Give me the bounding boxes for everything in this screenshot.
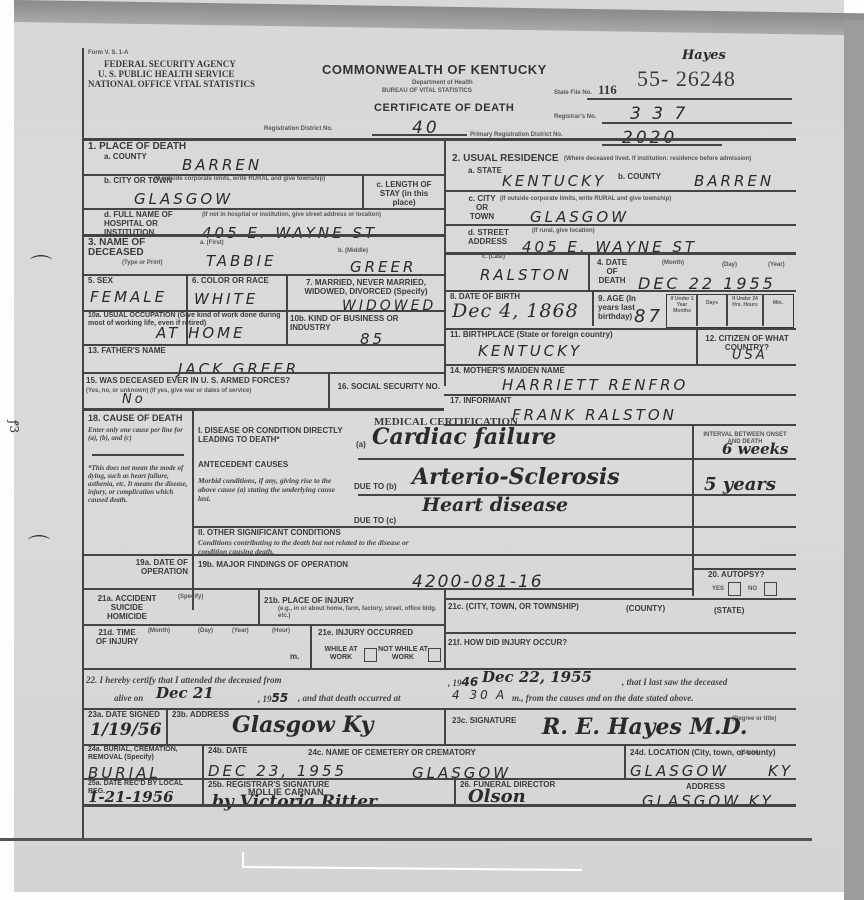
first-name-value: TABBIE <box>206 252 277 270</box>
op-date-label: 19a. DATE OF OPERATION <box>88 558 188 576</box>
due-to-c-label: DUE TO (c) <box>354 516 396 525</box>
place-of-death-heading: 1. PLACE OF DEATH <box>88 142 186 151</box>
rule <box>444 588 446 668</box>
autopsy-yes-label: YES <box>712 586 724 593</box>
age-min-label: Min. <box>766 300 790 307</box>
rule <box>310 624 312 668</box>
rule <box>166 708 168 744</box>
cert-address-value: Glasgow Ky <box>232 712 373 738</box>
rule <box>82 588 692 590</box>
funeral-address-label: ADDRESS <box>686 782 725 791</box>
injury-city-label: 21c. (CITY, TOWN, OR TOWNSHIP) <box>448 602 579 611</box>
rule <box>444 224 796 226</box>
citizen-value: USA <box>732 348 768 363</box>
death-city-value: GLASGOW <box>134 190 233 208</box>
cause-instructions: Enter only one cause per line for (a), (… <box>88 426 188 442</box>
rule <box>358 494 796 496</box>
rule <box>258 588 260 624</box>
form-top-rule <box>82 138 796 141</box>
birthplace-value: KENTUCKY <box>478 342 582 360</box>
registration-district-label: Registration District No. <box>264 126 333 133</box>
how-injury-label: 21f. HOW DID INJURY OCCUR? <box>448 638 567 647</box>
sex-label: 5. SEX <box>88 276 113 285</box>
rule <box>444 632 796 634</box>
certificate-number: 55- 26248 <box>637 74 736 83</box>
autopsy-no-label: NO <box>748 586 757 593</box>
injury-county-label: (COUNTY) <box>626 604 665 613</box>
rule <box>362 174 364 208</box>
age-days-label: Days <box>700 300 724 307</box>
last-name-label: c. (Last) <box>482 254 505 261</box>
autopsy-yes-checkbox[interactable] <box>728 582 741 596</box>
ssn-label: 16. SOCIAL SECURITY NO. <box>334 382 440 391</box>
registrars-no-label: Registrar's No. <box>554 114 596 121</box>
father-label: 13. FATHER'S NAME <box>88 346 166 355</box>
antecedent-note: Morbid conditions, if any, giving rise t… <box>198 476 340 503</box>
location-state-label: (State) <box>740 750 759 757</box>
rule <box>444 190 796 192</box>
rule <box>92 454 184 456</box>
res-street-label: d. STREET ADDRESS <box>468 228 510 246</box>
armed-forces-value: No <box>122 392 146 407</box>
registrar-signature: by Victoria Ritter <box>212 792 377 812</box>
scan-shadow-right <box>844 20 864 900</box>
date-signed-value: 1/19/56 <box>90 720 162 740</box>
due-to-b-label: DUE TO (b) <box>354 482 397 491</box>
rule <box>588 254 590 290</box>
institution-note: (If not in hospital or institution, give… <box>202 212 381 219</box>
cert-line1-post: , that I last saw the deceased <box>622 678 727 687</box>
agency-line: FEDERAL SECURITY AGENCY <box>104 60 236 69</box>
rule <box>444 598 796 600</box>
form-bottom-rule <box>82 804 796 807</box>
rule <box>82 372 444 374</box>
rule <box>328 372 330 408</box>
cert-address-label: 23b. ADDRESS <box>172 710 229 719</box>
place-of-injury-label: 21b. PLACE OF INJURY <box>264 596 354 605</box>
time-hour-label: (Hour) <box>272 628 290 635</box>
informant-value: FRANK RALSTON <box>512 406 677 424</box>
cause-line-b2: Heart disease <box>422 494 568 516</box>
res-state-label: a. STATE <box>468 166 502 175</box>
time-m-label: m. <box>290 652 299 661</box>
usual-residence-heading: 2. USUAL RESIDENCE <box>452 154 559 163</box>
interval-b: 5 years <box>704 474 776 495</box>
not-while-at-work-label: NOT WHILE AT WORK <box>378 646 428 662</box>
last-name-value: RALSTON <box>480 266 572 284</box>
agency-line: U. S. PUBLIC HEALTH SERVICE <box>98 70 234 79</box>
res-city-label: c. CITY OR TOWN <box>468 194 496 221</box>
cause-line-b1: Arterio-Sclerosis <box>412 464 620 490</box>
dob-value: Dec 4, 1868 <box>452 300 579 322</box>
age-hours-label: If Under 24 Hrs. Hours <box>728 296 762 308</box>
cemetery-label: 24c. NAME OF CEMETERY OR CREMATORY <box>308 748 476 757</box>
rule <box>602 144 722 146</box>
death-certificate-form: Form V. S. 1-A FEDERAL SECURITY AGENCY U… <box>82 48 796 838</box>
rule <box>592 290 594 326</box>
state-file-number: 116 <box>598 85 617 94</box>
cause-footnote: *This does not mean the mode of dying, s… <box>88 464 188 504</box>
handwritten-note: Hayes <box>682 48 726 63</box>
date-signed-label: 23a. DATE SIGNED <box>88 710 160 719</box>
rule <box>587 98 792 100</box>
death-ampm: A <box>496 688 507 702</box>
city-note: (If outside corporate limits, write RURA… <box>154 176 325 183</box>
sex-value: FEMALE <box>90 288 167 306</box>
form-number: Form V. S. 1-A <box>88 50 128 57</box>
part1-label: I. DISEASE OR CONDITION DIRECTLY LEADING… <box>198 426 368 444</box>
armed-forces-label: 15. WAS DECEASED EVER IN U. S. ARMED FOR… <box>86 376 290 385</box>
rule <box>602 122 792 124</box>
interval-a: 6 weeks <box>722 440 789 458</box>
length-of-stay-label: c. LENGTH OF STAY (in this place) <box>368 180 440 207</box>
first-name-label: a. (First) <box>200 240 224 247</box>
not-while-at-work-checkbox[interactable] <box>428 648 441 662</box>
alive-year: , 1955 <box>258 694 288 704</box>
attended-to-date: Dec 22, 1955 <box>482 668 592 686</box>
department: Department of Health <box>412 80 473 87</box>
injury-occurred-label: 21e. INJURY OCCURRED <box>318 628 413 637</box>
binder-hole-mark: ⌒ <box>28 530 50 561</box>
race-value: WHITE <box>194 290 258 308</box>
time-year-label: (Year) <box>232 628 249 635</box>
res-street-note: (If rural, give location) <box>532 228 595 235</box>
rule <box>202 744 204 804</box>
rule <box>454 778 456 804</box>
state-title: COMMONWEALTH OF KENTUCKY <box>322 62 547 77</box>
residence-note: (Where deceased lived. If institution: r… <box>564 156 751 163</box>
rule <box>192 410 194 610</box>
cert-line2-mid: , and that death occurred at <box>298 694 401 703</box>
age-months-label: If Under 1 Year Months <box>668 296 696 314</box>
race-label: 6. COLOR OR RACE <box>192 276 269 285</box>
county-label: a. COUNTY <box>104 152 147 161</box>
place-of-injury-note: (e.g., in or about home, farm, factory, … <box>278 606 438 620</box>
funeral-address-value: GLASGOW KY <box>642 792 774 810</box>
informant-label: 17. INFORMANT <box>450 396 511 405</box>
death-time: 4 30 <box>452 688 491 702</box>
marital-label: 7. MARRIED, NEVER MARRIED, WIDOWED, DIVO… <box>290 278 442 296</box>
injury-state-label: (STATE) <box>714 606 744 615</box>
burial-date-label: 24b. DATE <box>208 746 247 755</box>
scan-edge-line <box>0 838 812 841</box>
disposition-label: 24a. BURIAL, CREMATION, REMOVAL (Specify… <box>88 746 198 762</box>
rule <box>692 424 694 596</box>
alive-on-label: alive on <box>114 694 143 703</box>
mother-value: HARRIETT RENFRO <box>502 376 688 394</box>
year-label: (Year) <box>768 262 785 269</box>
time-month-label: (Month) <box>148 628 170 635</box>
certificate-title: CERTIFICATE OF DEATH <box>374 102 514 114</box>
injury-specify: (Specify) <box>178 594 203 601</box>
antecedent-label: ANTECEDENT CAUSES <box>198 460 288 469</box>
cause-line-a: Cardiac failure <box>372 424 556 450</box>
rule <box>696 294 698 326</box>
rule <box>696 328 698 364</box>
cert-line1-year: , 1946 <box>448 678 478 688</box>
day-label: (Day) <box>722 262 737 269</box>
autopsy-no-checkbox[interactable] <box>764 582 777 596</box>
age-value: 87 <box>634 306 663 327</box>
time-of-injury-label: 21d. TIME OF INJURY <box>92 628 142 646</box>
rule <box>82 408 444 411</box>
rule <box>82 554 796 556</box>
autopsy-label: 20. AUTOPSY? <box>708 570 764 579</box>
rule <box>358 458 796 460</box>
time-day-label: (Day) <box>198 628 213 635</box>
injury-type-label: 21a. ACCIDENT SUICIDE HOMICIDE <box>92 594 162 621</box>
deceased-name-label: 3. NAME OF DECEASED <box>88 238 168 258</box>
middle-name-label: b. (Middle) <box>338 248 368 255</box>
agency-line: NATIONAL OFFICE VITAL STATISTICS <box>88 80 255 89</box>
death-county-value: BARREN <box>182 156 262 174</box>
cert-line2-post: m., from the causes and on the date stat… <box>512 694 694 703</box>
rule <box>762 294 764 326</box>
line-a-tag: (a) <box>356 440 366 449</box>
signature-label: 23c. SIGNATURE <box>452 716 516 725</box>
mother-label: 14. MOTHER'S MAIDEN NAME <box>450 366 565 375</box>
cause-of-death-label: 18. CAUSE OF DEATH <box>88 414 182 423</box>
res-city-note: (If outside corporate limits, write RURA… <box>500 196 671 203</box>
rule <box>372 134 467 136</box>
month-label: (Month) <box>662 260 684 267</box>
physician-signature: R. E. Hayes M.D. <box>542 714 748 740</box>
alive-on-date: Dec 21 <box>156 684 214 702</box>
while-at-work-checkbox[interactable] <box>364 648 377 662</box>
res-county-value: BARREN <box>694 172 774 190</box>
rule <box>444 708 446 744</box>
armed-forces-note: (Yes, no, or unknown) (If yes, give war … <box>86 388 251 395</box>
res-county-label: b. COUNTY <box>618 172 661 181</box>
institution-value: 405 E. WAYNE ST <box>202 224 377 242</box>
bureau: BUREAU OF VITAL STATISTICS <box>382 88 472 95</box>
res-state-value: KENTUCKY <box>502 172 606 190</box>
birthplace-label: 11. BIRTHPLACE (State or foreign country… <box>450 330 613 339</box>
rule <box>624 744 626 778</box>
date-of-death-label: 4. DATE OF DEATH <box>594 258 630 285</box>
op-findings-label: 19b. MAJOR FINDINGS OF OPERATION <box>198 560 348 569</box>
binder-hole-mark: ⌒ <box>30 250 52 281</box>
rule <box>82 624 444 626</box>
registrars-no: 3 3 7 <box>630 104 688 124</box>
form-left-border <box>82 48 84 838</box>
margin-scribble: ꝭ3 <box>6 420 23 433</box>
occupation-value: AT HOME <box>156 324 246 342</box>
rule <box>82 668 796 670</box>
part2-label: II. OTHER SIGNIFICANT CONDITIONS <box>198 528 341 537</box>
state-file-label: State File No. <box>554 90 592 97</box>
rule <box>286 274 288 344</box>
type-or-print-note: (Type or Print) <box>122 260 163 267</box>
while-at-work-label: WHILE AT WORK <box>318 646 364 662</box>
center-divider <box>444 140 446 386</box>
institution-label: d. FULL NAME OF HOSPITAL OR INSTITUTION <box>104 210 194 237</box>
